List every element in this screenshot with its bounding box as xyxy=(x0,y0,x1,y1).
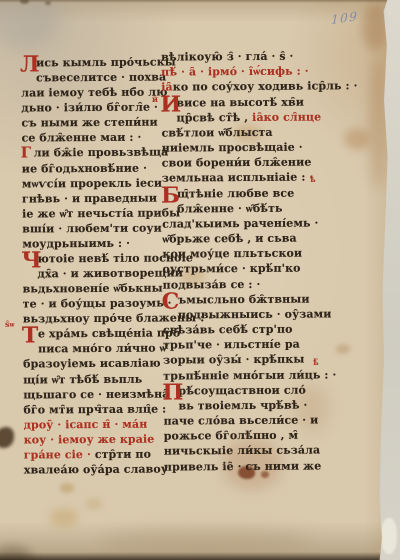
text-line: дьно · ізи́лю бг̑огл̑е · xyxy=(21,101,158,116)
text-line: пѣ́ · а̑ · ірмо́ · і̑ѡ́сифь : · xyxy=(161,65,309,80)
text-line: кои моу́це пльтьскои xyxy=(162,247,302,262)
text-column-left: Лись кымль про́чьскысъвеселитсе · похвал… xyxy=(21,56,163,57)
text-line: коу · іемоу же краіе xyxy=(24,432,155,447)
text-line: Бщ̑тѣніе любве все xyxy=(162,186,294,201)
manuscript-photo: 109 Лись кымль про́чьскысъвеселитсе · по… xyxy=(0,0,400,560)
text-line: зорыи оу̑зы́ · крѣ́пкы xyxy=(163,353,304,368)
manuscript-page: 109 Лись кымль про́чьскысъвеселитсе · по… xyxy=(0,0,400,560)
text-line: гра́не сіе · стр̑ти по xyxy=(24,447,151,462)
text-line: те · и боу́щы разоумь · xyxy=(23,297,172,312)
rubric-initial: Г xyxy=(21,146,32,161)
text-line: трьпѣ́нніе мно́гыи ли́ць : · xyxy=(163,368,336,383)
text-line: рожьсе бг̑олѣ́пно , м̑ xyxy=(164,429,299,444)
photo-top-edge xyxy=(0,0,400,3)
text-line: цр̑свѣ ст̑ѣ , іа̑ко сл̑нце xyxy=(161,110,321,125)
stain xyxy=(60,483,74,493)
text-line: свои борени́и блж̑ение xyxy=(162,156,312,171)
text-line: іа̑ко по соу́хоу ходивь іср̑ль : · xyxy=(161,80,357,95)
stain xyxy=(86,498,102,510)
text-line: блж̑енне · ѡ̑бѣ́ть xyxy=(162,201,283,216)
text-line: бразоуіемь исавліаю xyxy=(23,357,161,372)
text-line: слад'кыимь рачені́емь · xyxy=(162,216,318,231)
text-column-right: вѣлікоую̑ з̑ · гла́ · ѕ̑ ·пѣ́ · а̑ · ірм… xyxy=(161,49,327,50)
text-line: съ ными же степи́ни xyxy=(21,116,157,131)
text-line: лаи іемоу тебѣ нб̑о лю xyxy=(21,86,167,101)
text-line: щі́и ѡ̑т тѣбѣ́ вьпль xyxy=(23,372,142,387)
stain xyxy=(368,58,388,188)
text-line: Гли бж̑іе провьзвѣща xyxy=(22,146,169,161)
text-line: дроу̑ · ісапс н̑ · ма́н xyxy=(24,417,148,432)
text-line: дх̑а · и животворещии xyxy=(22,266,183,281)
text-line: вь твоіемль чрѣ́вѣ · xyxy=(163,398,307,413)
text-line: трьп'че · ильстні́е ра xyxy=(163,338,300,353)
text-line: вьдьхновені́е ѡ̑бькны xyxy=(23,282,163,297)
text-line: писа мно́го ли́чно ѡ̑ xyxy=(23,342,167,357)
stain xyxy=(50,508,78,527)
text-line: іе же ѡ̑т нечьсті́а прибы xyxy=(22,206,180,221)
margin-mark: ѕ̑ѡ xyxy=(5,320,14,328)
margin-mark: и̑ xyxy=(152,95,158,103)
text-line: привель іе̑ · съ ними же xyxy=(164,459,321,474)
text-line: Лись кымль про́чьскы xyxy=(21,55,176,70)
text-line: земльнаа испльніаіе : · xyxy=(162,171,314,186)
text-line: ѡ̑брьже себѣ , и сьва xyxy=(162,232,297,247)
text-line: паче сло́ва вьсели́се · и xyxy=(164,414,319,429)
folio-number: 109 xyxy=(331,9,359,27)
text-line: ниіемль просвѣщаіе · xyxy=(162,141,303,156)
stain xyxy=(100,528,310,554)
text-line: хвалеа́ю оу̑а́ра славоу xyxy=(24,462,168,477)
text-line: оустрьми́се · крѣ́п'ко xyxy=(162,262,300,277)
text-line: щьшаго се · неизмѣна̑ xyxy=(23,387,169,402)
text-line: подвыжныись · оу̑зами xyxy=(163,307,332,322)
margin-mark: ѣ̑ xyxy=(313,358,319,366)
text-line: ничьскыіе ли́кы сьза́ла xyxy=(164,444,321,459)
text-line: бг̑о мт̑и прч̑таа влц̑е : xyxy=(23,402,166,417)
text-line: свѣза́вь себѣ́ стр'по xyxy=(163,323,293,338)
text-line: ие бг̑одьхновѣ́ние · xyxy=(22,161,147,176)
ink-blotch xyxy=(0,427,14,448)
text-line: съвеселитсе · похва xyxy=(21,71,166,86)
stain xyxy=(344,128,370,150)
text-line: Съмысльно бж̑твныи xyxy=(163,292,310,307)
text-line: Ивисе на высотѣ́ хв̑и xyxy=(161,95,304,110)
text-line: вші́и · любем'ти соуи xyxy=(22,221,162,236)
text-line: мѡѵсі́и прорекль іеси xyxy=(22,176,162,191)
page-edge-chip xyxy=(381,518,397,554)
text-line: се блж̑енне маи : · xyxy=(22,131,142,146)
margin-mark: ѣ xyxy=(310,175,316,183)
text-line: Те хра́мь свѣще́ніа про́ xyxy=(23,327,180,342)
stain xyxy=(362,4,388,50)
text-line: гнѣвь · и праведныи xyxy=(22,191,157,206)
text-line: свѣ́тлои ѡ̑блыста xyxy=(162,126,273,141)
text-line: вѣлікоую̑ з̑ · гла́ · ѕ̑ · xyxy=(161,50,294,65)
stain xyxy=(336,344,350,354)
photo-bottom-edge xyxy=(0,552,388,560)
text-line: Прѣ́соущаствнои сло́ xyxy=(163,383,306,398)
stain xyxy=(0,0,58,48)
